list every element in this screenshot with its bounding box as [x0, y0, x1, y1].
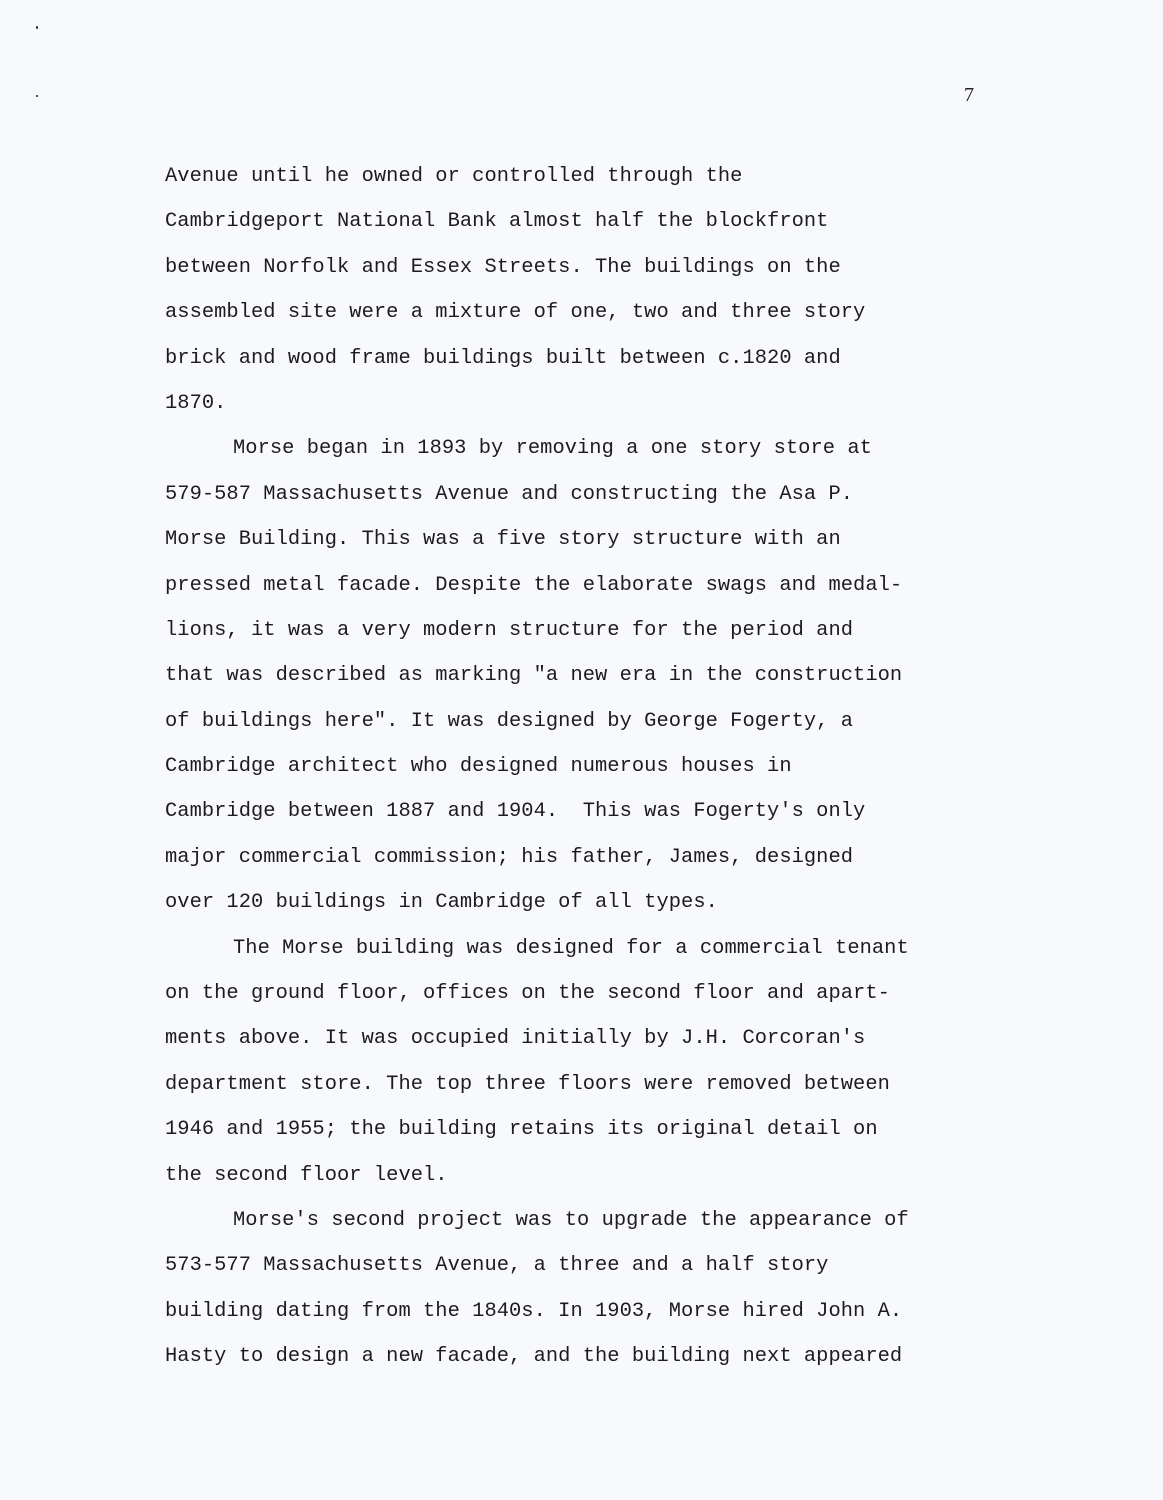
- text-line: lions, it was a very modern structure fo…: [165, 608, 1005, 653]
- paragraph: Avenue until he owned or controlled thro…: [165, 154, 1005, 426]
- text-line: ments above. It was occupied initially b…: [165, 1016, 1005, 1061]
- page-number: 7: [964, 84, 974, 107]
- text-line: brick and wood frame buildings built bet…: [165, 336, 1005, 381]
- text-line: department store. The top three floors w…: [165, 1062, 1005, 1107]
- text-line: Cambridgeport National Bank almost half …: [165, 199, 1005, 244]
- text-line: the second floor level.: [165, 1153, 1005, 1198]
- text-line: Cambridge between 1887 and 1904. This wa…: [165, 789, 1005, 834]
- text-line: building dating from the 1840s. In 1903,…: [165, 1289, 1005, 1334]
- paragraph: Morse began in 1893 by removing a one st…: [165, 426, 1005, 925]
- paragraph: Morse's second project was to upgrade th…: [165, 1198, 1005, 1380]
- text-line: 579-587 Massachusetts Avenue and constru…: [165, 472, 1005, 517]
- text-line: Morse began in 1893 by removing a one st…: [165, 426, 1005, 471]
- text-line: Hasty to design a new facade, and the bu…: [165, 1334, 1005, 1379]
- text-line: Cambridge architect who designed numerou…: [165, 744, 1005, 789]
- text-line: 1946 and 1955; the building retains its …: [165, 1107, 1005, 1152]
- text-line: Morse Building. This was a five story st…: [165, 517, 1005, 562]
- text-line: major commercial commission; his father,…: [165, 835, 1005, 880]
- text-line: 573-577 Massachusetts Avenue, a three an…: [165, 1243, 1005, 1288]
- text-line: 1870.: [165, 381, 1005, 426]
- text-line: The Morse building was designed for a co…: [165, 926, 1005, 971]
- scan-speck: [36, 26, 38, 29]
- text-line: between Norfolk and Essex Streets. The b…: [165, 245, 1005, 290]
- text-line: of buildings here". It was designed by G…: [165, 699, 1005, 744]
- text-line: Avenue until he owned or controlled thro…: [165, 154, 1005, 199]
- text-line: Morse's second project was to upgrade th…: [165, 1198, 1005, 1243]
- text-line: assembled site were a mixture of one, tw…: [165, 290, 1005, 335]
- text-line: on the ground floor, offices on the seco…: [165, 971, 1005, 1016]
- text-line: over 120 buildings in Cambridge of all t…: [165, 880, 1005, 925]
- text-line: pressed metal facade. Despite the elabor…: [165, 563, 1005, 608]
- scan-speck: [36, 95, 38, 97]
- document-page: 7 Avenue until he owned or controlled th…: [0, 0, 1163, 1500]
- body-text: Avenue until he owned or controlled thro…: [165, 154, 1005, 1380]
- text-line: that was described as marking "a new era…: [165, 653, 1005, 698]
- paragraph: The Morse building was designed for a co…: [165, 926, 1005, 1198]
